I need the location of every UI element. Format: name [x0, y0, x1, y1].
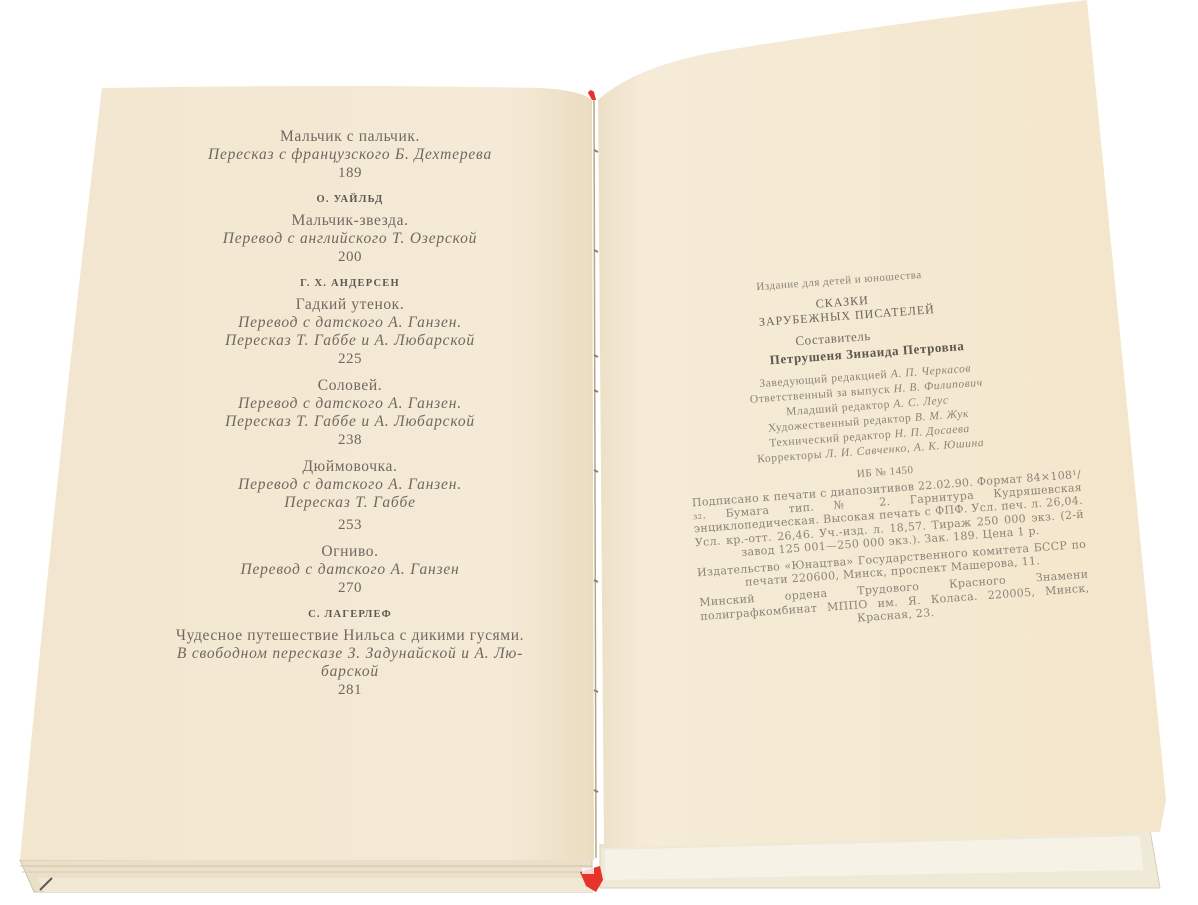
colophon: Издание для детей и юношества СКАЗКИ ЗАР…	[676, 256, 1101, 636]
story-title: Чудесное путешествие Нильса с дикими гус…	[140, 627, 560, 645]
author-heading: Г. Х. АНДЕРСЕН	[140, 277, 560, 291]
page-number: 189	[140, 164, 560, 183]
story-title: Мальчик-звезда.	[140, 212, 560, 230]
author-heading: О. УАЙЛЬД	[140, 193, 560, 207]
toc-entry: С. ЛАГЕРЛЕФ Чудесное путешествие Нильса …	[140, 608, 560, 700]
toc-entry: Мальчик с пальчик. Пересказ с французско…	[140, 128, 560, 183]
imprint: Подписано к печати с диапозитивов 22.02.…	[692, 468, 1091, 636]
page-number: 253	[140, 516, 560, 535]
page-number: 281	[140, 681, 560, 700]
story-credit: Пересказ Т. Габбе и А. Любарской	[140, 413, 560, 431]
story-credit: Перевод с датского А. Ганзен.	[140, 476, 560, 494]
story-title: Мальчик с пальчик.	[140, 128, 560, 146]
table-of-contents: Мальчик с пальчик. Пересказ с французско…	[140, 128, 560, 700]
spine-gutter	[594, 100, 596, 858]
story-credit: В свободном пересказе З. Задунайской и А…	[140, 645, 560, 663]
story-credit: Пересказ Т. Габбе	[140, 494, 560, 512]
story-credit: Перевод с английского Т. Озерской	[140, 230, 560, 248]
page-number: 238	[140, 431, 560, 450]
page-number: 225	[140, 350, 560, 369]
story-credit: Пересказ Т. Габбе и А. Любарской	[140, 332, 560, 350]
story-title: Гадкий утенок.	[140, 296, 560, 314]
page-number: 270	[140, 579, 560, 598]
toc-entry: О. УАЙЛЬД Мальчик-звезда. Перевод с англ…	[140, 193, 560, 267]
story-title: Дюймовочка.	[140, 458, 560, 476]
author-heading: С. ЛАГЕРЛЕФ	[140, 608, 560, 622]
story-credit: Перевод с датского А. Ганзен.	[140, 314, 560, 332]
toc-entry: Соловей. Перевод с датского А. Ганзен. П…	[140, 377, 560, 450]
story-credit: Перевод с датского А. Ганзен.	[140, 395, 560, 413]
toc-entry: Дюймовочка. Перевод с датского А. Ганзен…	[140, 458, 560, 535]
story-credit: барской	[140, 663, 560, 681]
toc-entry: Огниво. Перевод с датского А. Ганзен 270	[140, 543, 560, 598]
page-number: 200	[140, 248, 560, 267]
story-title: Соловей.	[140, 377, 560, 395]
open-book-photo: Мальчик с пальчик. Пересказ с французско…	[0, 0, 1198, 905]
staff-list: Заведующий редакцией А. П. Черкасов Отве…	[683, 358, 1021, 472]
toc-entry: Г. Х. АНДЕРСЕН Гадкий утенок. Перевод с …	[140, 277, 560, 369]
story-title: Огниво.	[140, 543, 560, 561]
story-credit: Пересказ с французского Б. Дехтерева	[140, 146, 560, 164]
story-credit: Перевод с датского А. Ганзен	[140, 561, 560, 579]
